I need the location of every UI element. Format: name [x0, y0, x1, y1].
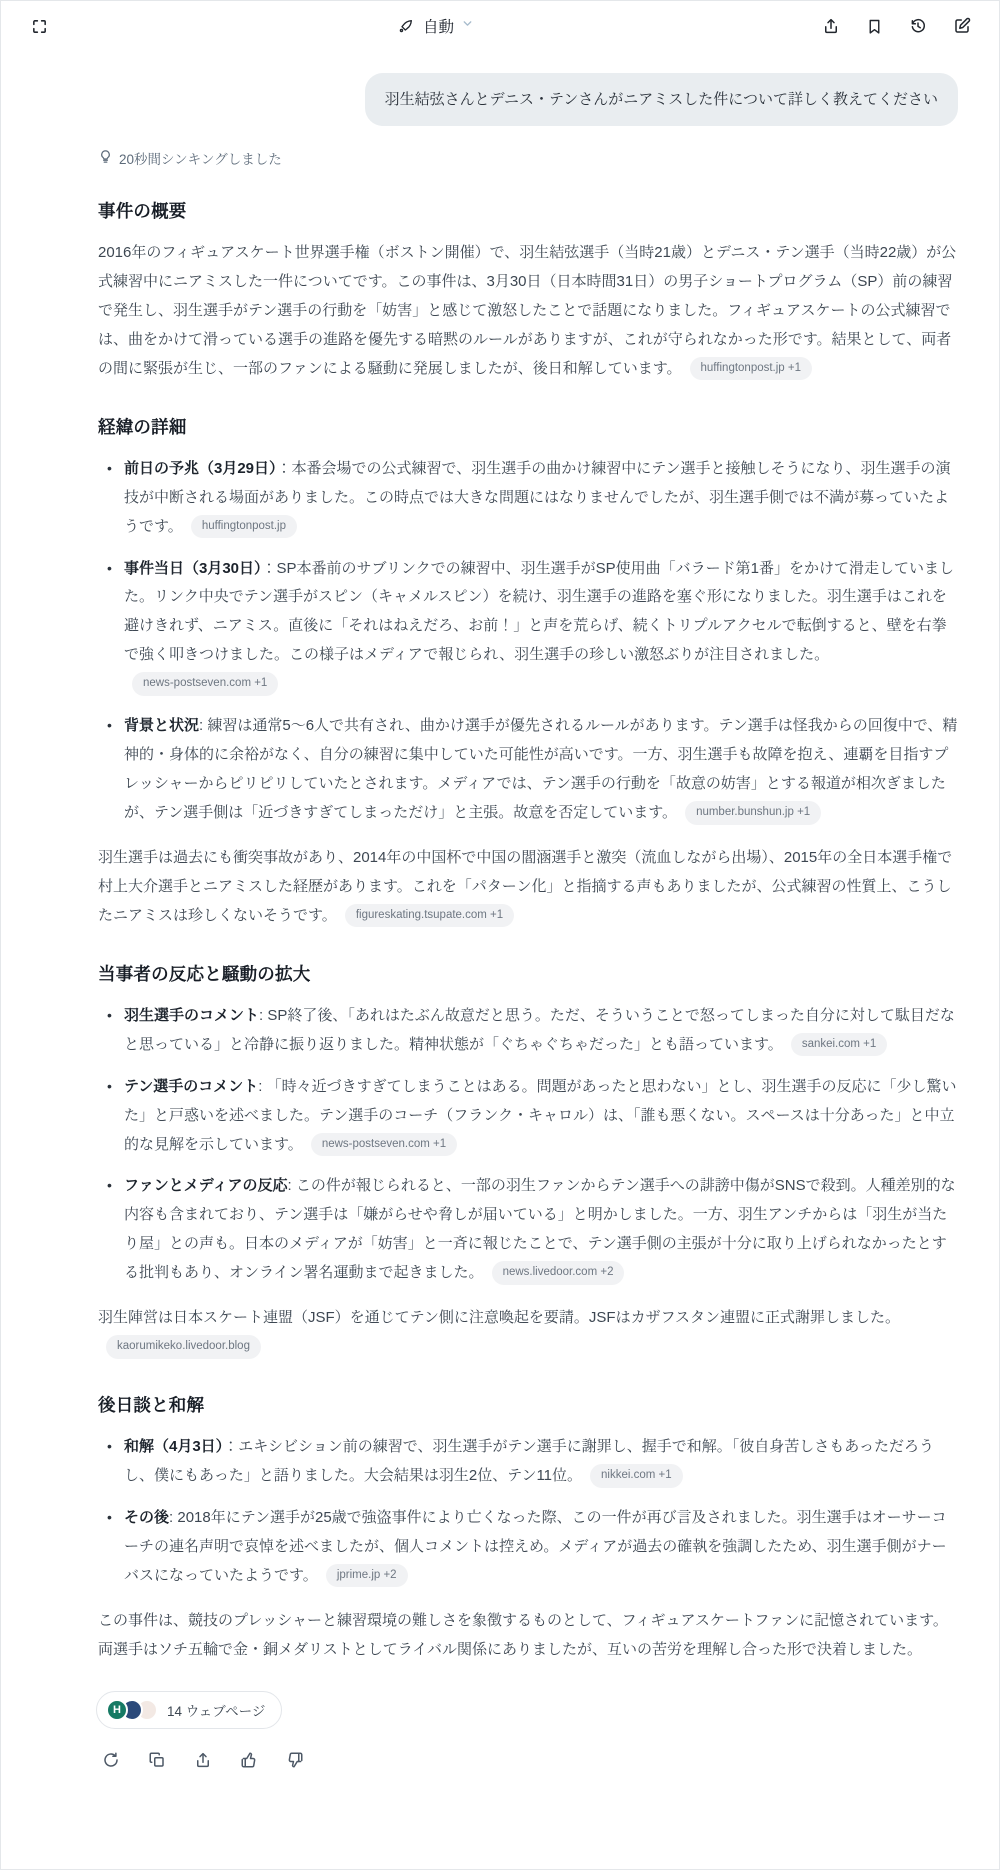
list-item-label: 背景と状況 — [124, 717, 199, 734]
bullet-list: 前日の予兆（3月29日）：本番会場での公式練習で、羽生選手の曲かけ練習中にテン選… — [98, 455, 958, 828]
section-heading: 事件の概要 — [98, 198, 958, 223]
list-item-label: 羽生選手のコメント — [124, 1007, 259, 1024]
source-favicons: H — [106, 1699, 158, 1721]
list-item-label: 事件当日（3月30日） — [124, 560, 262, 577]
copy-icon[interactable] — [146, 1749, 168, 1771]
citation-chip[interactable]: number.bunshun.jp +1 — [685, 801, 821, 825]
history-icon[interactable] — [907, 15, 929, 37]
auto-mode-pen-icon — [396, 16, 416, 36]
thinking-label: 20秒間シンキングしました — [119, 148, 282, 168]
list-item: 和解（4月3日）：エキシビション前の練習で、羽生選手がテン選手に謝罪し、握手で和… — [98, 1433, 958, 1491]
paragraph-text: 羽生陣営は日本スケート連盟（JSF）を通じてテン側に注意喚起を要請。JSFはカザ… — [98, 1309, 900, 1326]
chevron-down-icon — [461, 17, 474, 35]
lightbulb-icon — [98, 149, 113, 167]
list-item: その後: 2018年にテン選手が25歳で強盗事件により亡くなった際、この一件が再… — [98, 1504, 958, 1591]
list-item-label: ファンとメディアの反応 — [124, 1177, 288, 1194]
paragraph: 羽生選手は過去にも衝突事故があり、2014年の中国杯で中国の閻涵選手と激突（流血… — [98, 844, 958, 931]
section-heading: 経緯の詳細 — [98, 414, 958, 439]
answer-content: 事件の概要2016年のフィギュアスケート世界選手権（ボストン開催）で、羽生結弦選… — [96, 198, 958, 1665]
mode-label: 自動 — [423, 15, 454, 37]
list-item: ファンとメディアの反応: この件が報じられると、一部の羽生ファンからテン選手への… — [98, 1172, 958, 1288]
citation-chip[interactable]: news.livedoor.com +2 — [492, 1261, 625, 1285]
user-message-bubble: 羽生結弦さんとデニス・テンさんがニアミスした件について詳しく教えてください — [365, 73, 958, 126]
list-item-label: 和解（4月3日） — [124, 1438, 223, 1455]
list-item: 背景と状況: 練習は通常5〜6人で共有され、曲かけ選手が優先されるルールがありま… — [98, 712, 958, 828]
list-item-text: : 2018年にテン選手が25歳で強盗事件により亡くなった際、この一件が再び言及… — [124, 1509, 947, 1584]
expand-icon[interactable] — [29, 16, 50, 37]
paragraph: 羽生陣営は日本スケート連盟（JSF）を通じてテン側に注意喚起を要請。JSFはカザ… — [98, 1304, 958, 1362]
paragraph: 2016年のフィギュアスケート世界選手権（ボストン開催）で、羽生結弦選手（当時2… — [98, 239, 958, 384]
list-item-label: 前日の予兆（3月29日） — [124, 460, 277, 477]
chat-window: 自動 — [0, 0, 1000, 1870]
citation-chip[interactable]: figureskating.tsupate.com +1 — [345, 904, 514, 928]
message-actions — [96, 1743, 958, 1793]
regenerate-icon[interactable] — [100, 1749, 122, 1771]
sources-pill[interactable]: H 14 ウェブページ — [96, 1691, 282, 1729]
thinking-toggle[interactable]: 20秒間シンキングしました — [98, 148, 958, 168]
mode-selector[interactable]: 自動 — [396, 15, 474, 37]
list-item-text: : 練習は通常5〜6人で共有され、曲かけ選手が優先されるルールがあります。テン選… — [124, 717, 957, 821]
citation-chip[interactable]: sankei.com +1 — [791, 1033, 887, 1057]
bullet-list: 和解（4月3日）：エキシビション前の練習で、羽生選手がテン選手に謝罪し、握手で和… — [98, 1433, 958, 1591]
citation-chip[interactable]: kaorumikeko.livedoor.blog — [106, 1335, 261, 1359]
citation-chip[interactable]: news-postseven.com +1 — [132, 672, 278, 696]
list-item: 前日の予兆（3月29日）：本番会場での公式練習で、羽生選手の曲かけ練習中にテン選… — [98, 455, 958, 542]
list-item: 羽生選手のコメント: SP終了後、「あれはたぶん故意だと思う。ただ、そういうこと… — [98, 1002, 958, 1060]
list-item-text: ：エキシビション前の練習で、羽生選手がテン選手に謝罪し、握手で和解。「彼自身苦し… — [124, 1438, 934, 1484]
list-item: 事件当日（3月30日）：SP本番前のサブリンクでの練習中、羽生選手がSP使用曲「… — [98, 555, 958, 700]
citation-chip[interactable]: jprime.jp +2 — [326, 1564, 408, 1588]
thumbs-down-icon[interactable] — [284, 1749, 306, 1771]
list-item: テン選手のコメント: 「時々近づきすぎてしまうことはある。問題があったと思わない… — [98, 1073, 958, 1160]
new-chat-icon[interactable] — [951, 15, 973, 37]
share-icon[interactable] — [820, 15, 842, 37]
top-bar: 自動 — [1, 1, 999, 51]
paragraph-text: この事件は、競技のプレッシャーと練習環境の難しさを象徴するものとして、フィギュア… — [98, 1612, 948, 1658]
conversation: 羽生結弦さんとデニス・テンさんがニアミスした件について詳しく教えてください 20… — [96, 51, 958, 1793]
paragraph-text: 羽生選手は過去にも衝突事故があり、2014年の中国杯で中国の閻涵選手と激突（流血… — [98, 849, 952, 924]
source-favicon: H — [106, 1699, 128, 1721]
thumbs-up-icon[interactable] — [238, 1749, 260, 1771]
section-heading: 後日談と和解 — [98, 1392, 958, 1417]
bullet-list: 羽生選手のコメント: SP終了後、「あれはたぶん故意だと思う。ただ、そういうこと… — [98, 1002, 958, 1288]
paragraph: この事件は、競技のプレッシャーと練習環境の難しさを象徴するものとして、フィギュア… — [98, 1607, 958, 1665]
section-heading: 当事者の反応と騒動の拡大 — [98, 961, 958, 986]
citation-chip[interactable]: huffingtonpost.jp +1 — [690, 357, 813, 381]
citation-chip[interactable]: news-postseven.com +1 — [311, 1133, 457, 1157]
list-item-label: テン選手のコメント — [124, 1078, 258, 1095]
list-item-label: その後 — [124, 1509, 169, 1526]
bookmark-icon[interactable] — [864, 16, 885, 37]
share-response-icon[interactable] — [192, 1749, 214, 1771]
citation-chip[interactable]: huffingtonpost.jp — [191, 515, 297, 539]
sources-label: 14 ウェブページ — [167, 1700, 265, 1720]
citation-chip[interactable]: nikkei.com +1 — [590, 1464, 683, 1488]
paragraph-text: 2016年のフィギュアスケート世界選手権（ボストン開催）で、羽生結弦選手（当時2… — [98, 244, 956, 377]
